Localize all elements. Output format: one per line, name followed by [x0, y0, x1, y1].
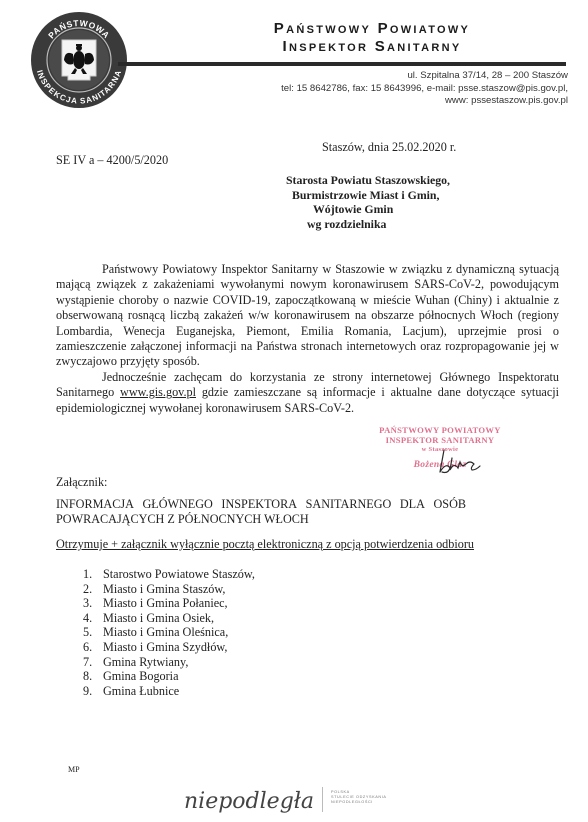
reference-number: SE IV a – 4200/5/2020 — [56, 153, 168, 168]
svg-text:niepodległa: niepodległa — [184, 789, 314, 814]
stamp-line2: INSPEKTOR SANITARNY — [370, 436, 510, 446]
recipient-line: Starosta Powiatu Staszowskiego, — [286, 173, 450, 188]
letter-body: Państwowy Powiatowy Inspektor Sanitarny … — [56, 262, 559, 416]
paragraph-1: Państwowy Powiatowy Inspektor Sanitarny … — [56, 262, 559, 370]
handwritten-signature-icon — [430, 446, 490, 478]
office-address: ul. Szpitalna 37/14, 28 – 200 Staszów — [281, 70, 568, 83]
list-item: 6.Miasto i Gmina Szydłów, — [83, 640, 255, 655]
office-title: Państwowy Powiatowy Inspektor Sanitarny — [222, 20, 522, 56]
list-item: 7.Gmina Rytwiany, — [83, 655, 255, 670]
list-item: 8.Gmina Bogoria — [83, 669, 255, 684]
distribution-heading: Otrzymuje + załącznik wyłącznie pocztą e… — [56, 537, 474, 552]
office-website: www: pssestaszow.pis.gov.pl — [281, 95, 568, 108]
list-item: 4.Miasto i Gmina Osiek, — [83, 611, 255, 626]
place-date: Staszów, dnia 25.02.2020 r. — [322, 140, 456, 155]
list-item: 3.Miasto i Gmina Połaniec, — [83, 596, 255, 611]
list-item: 9.Gmina Łubnice — [83, 684, 255, 699]
paragraph-2: Jednocześnie zachęcam do korzystania ze … — [56, 370, 559, 416]
office-contact: tel: 15 8642786, fax: 15 8643996, e-mail… — [281, 83, 568, 96]
recipient-line: Burmistrzowie Miast i Gmin, — [286, 188, 450, 203]
list-item: 5.Miasto i Gmina Oleśnica, — [83, 625, 255, 640]
office-title-line2: Inspektor Sanitarny — [222, 38, 522, 56]
header-divider — [118, 62, 566, 66]
contact-block: ul. Szpitalna 37/14, 28 – 200 Staszów te… — [281, 70, 568, 108]
centenary-text: POLSKA STULECIE ODZYSKANIA NIEPODLEGŁOŚC… — [331, 790, 387, 805]
initials: MP — [68, 765, 80, 774]
attachment-title: INFORMACJA GŁÓWNEGO INSPEKTORA SANITARNE… — [56, 497, 466, 527]
logo-divider — [322, 787, 323, 812]
recipient-line: wg rozdzielnika — [286, 217, 450, 232]
attachment-title-line2: POWRACAJĄCYCH Z PÓŁNOCNYCH WŁOCH — [56, 512, 466, 527]
attachment-title-line1: INFORMACJA GŁÓWNEGO INSPEKTORA SANITARNE… — [56, 497, 466, 512]
gis-link[interactable]: www.gis.gov.pl — [120, 385, 196, 399]
recipient-line: Wójtowie Gmin — [286, 202, 450, 217]
list-item: 1.Starostwo Powiatowe Staszów, — [83, 567, 255, 582]
recipients-block: Starosta Powiatu Staszowskiego, Burmistr… — [286, 173, 450, 231]
office-title-line1: Państwowy Powiatowy — [222, 20, 522, 38]
niepodlegla-logo: niepodległa — [180, 780, 320, 820]
list-item: 2.Miasto i Gmina Staszów, — [83, 582, 255, 597]
inspekcja-sanitarna-logo: PAŃSTWOWA INSPEKCJA SANITARNA — [29, 10, 129, 110]
attachment-label: Załącznik: — [56, 475, 107, 490]
distribution-list: 1.Starostwo Powiatowe Staszów, 2.Miasto … — [83, 567, 255, 698]
